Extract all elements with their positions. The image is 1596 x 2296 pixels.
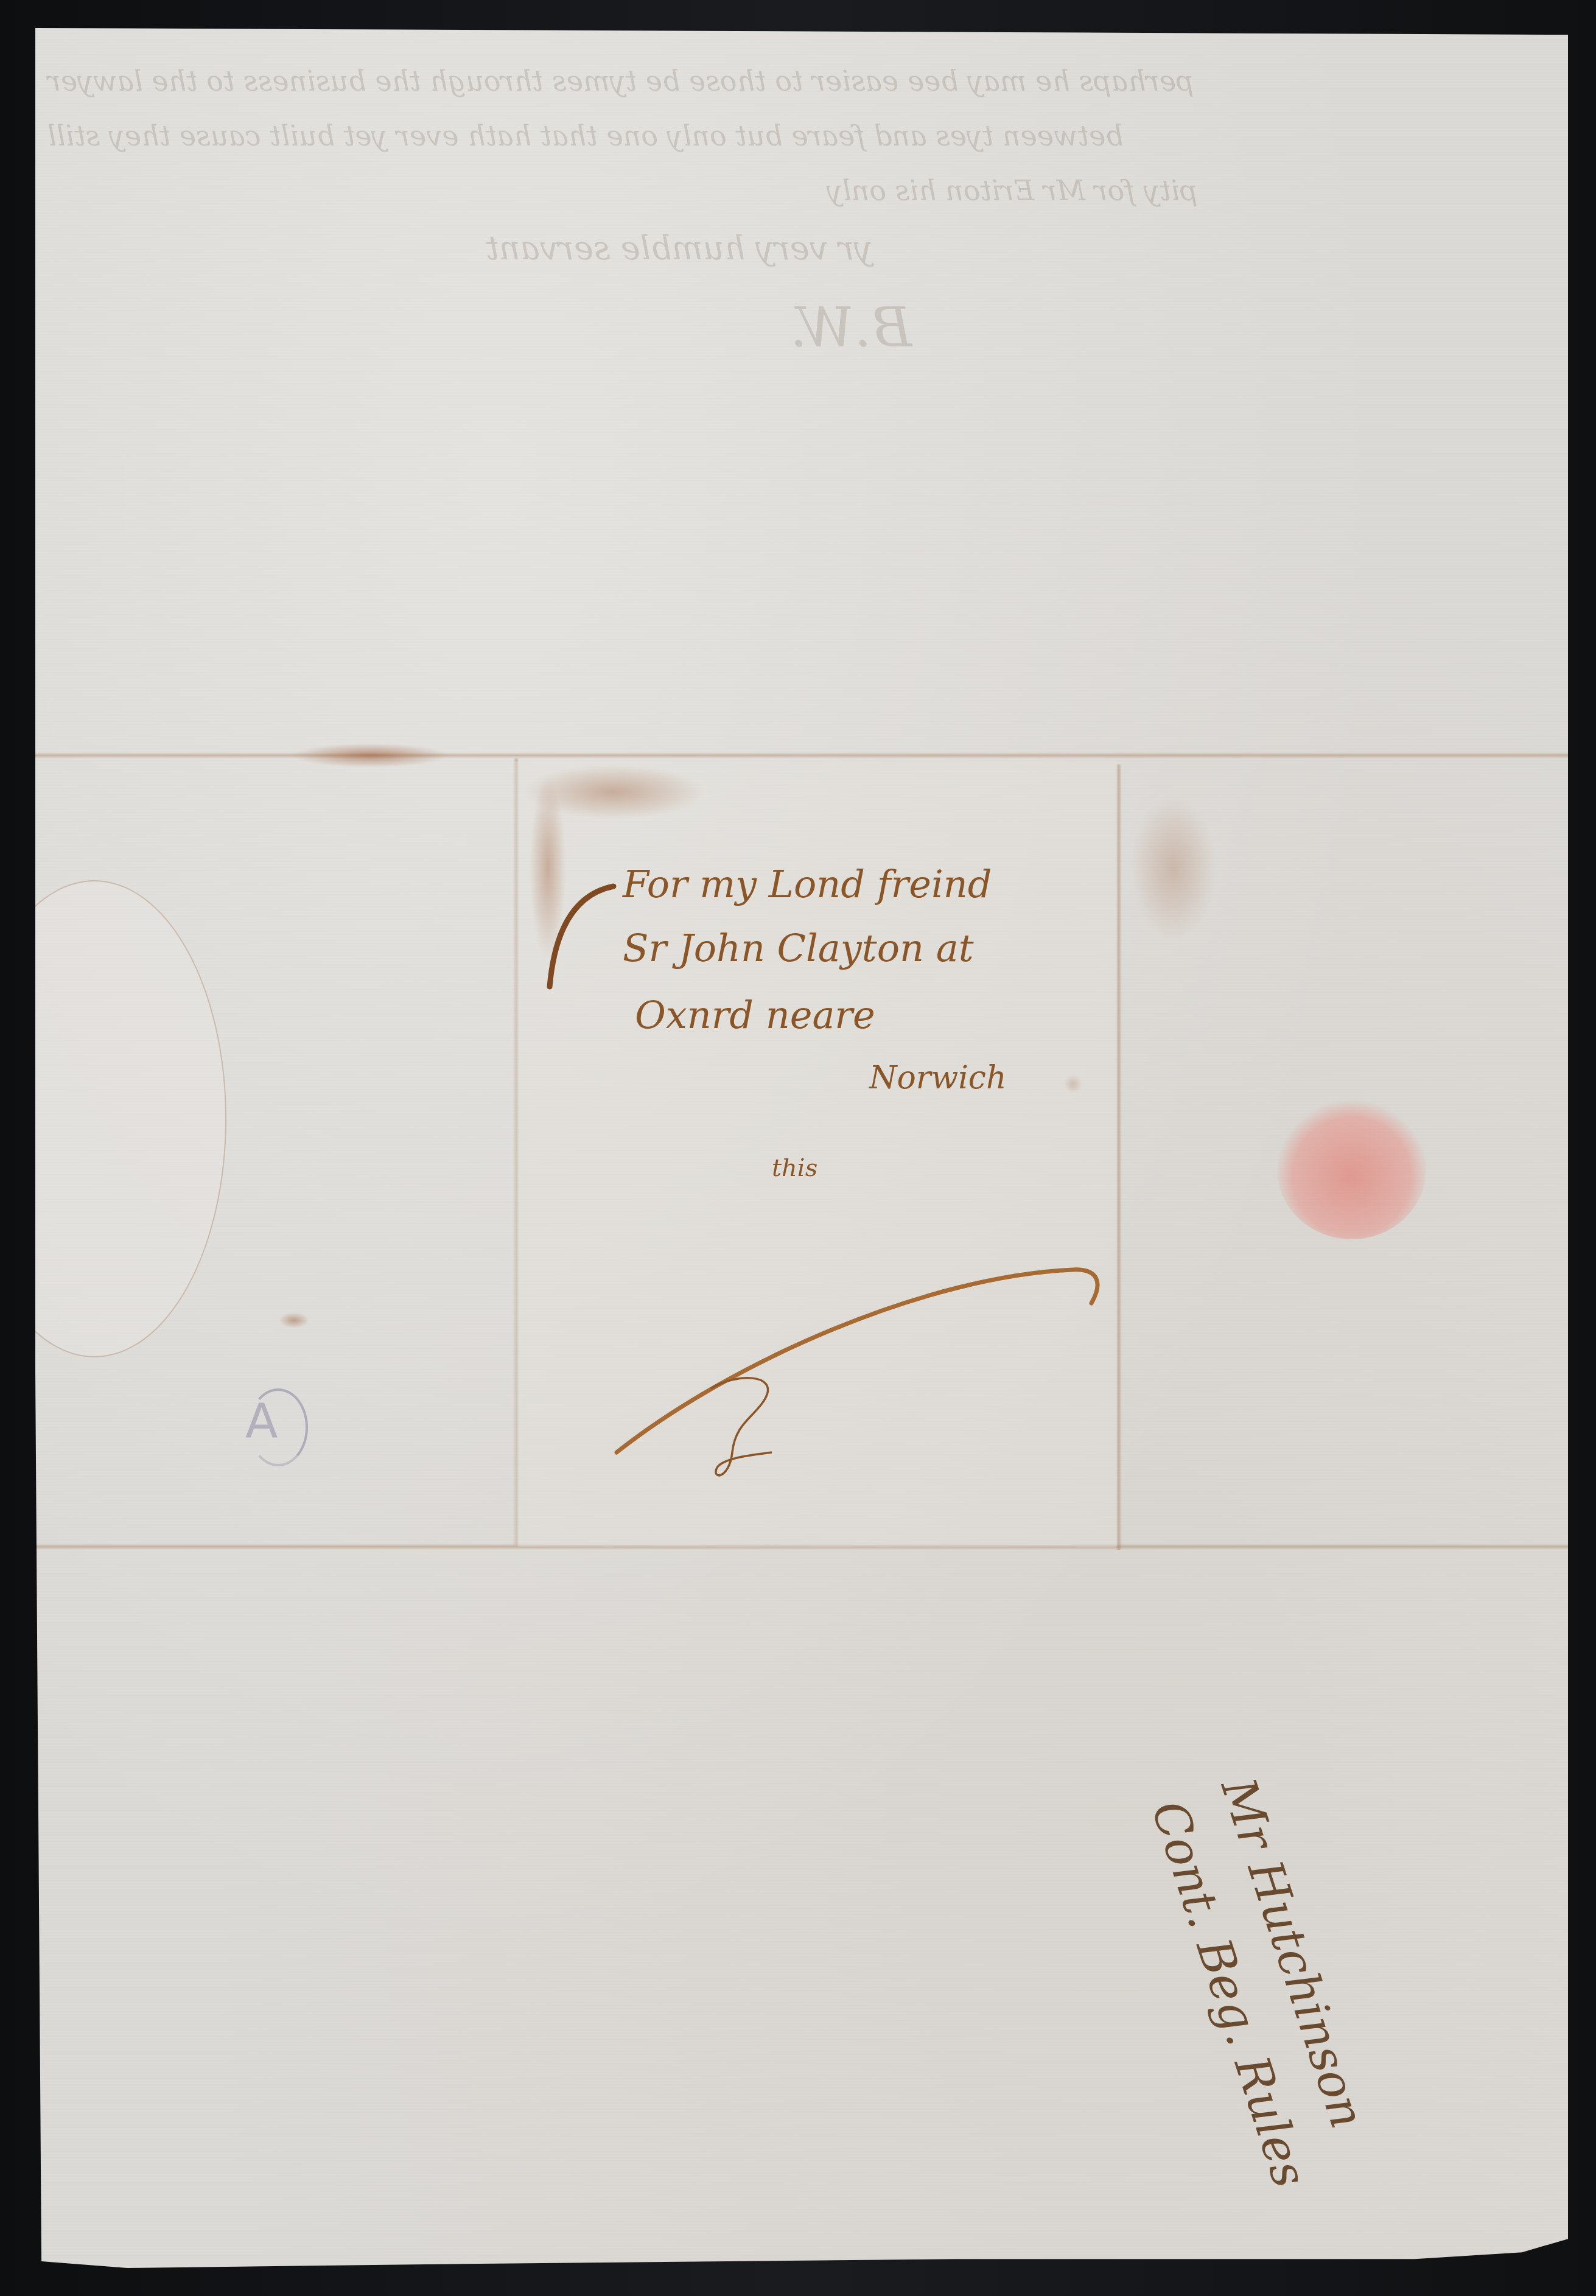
docket-annotation: Mr Hutchinson Cont. Beg. Rules xyxy=(1132,1769,1395,2197)
bleed-through-line-1: perhaps he may bee easier to those be ty… xyxy=(47,65,1194,97)
rust-stain-right-fold xyxy=(1131,795,1216,941)
ink-spot xyxy=(1064,1075,1082,1093)
address-line-3: Oxnrd neare xyxy=(635,993,875,1037)
fold-line-top xyxy=(35,752,1568,758)
red-seal-residue xyxy=(1277,1099,1426,1239)
rust-stain-top-left xyxy=(291,743,449,768)
postal-mark-p-icon xyxy=(705,1373,784,1483)
bleed-through-closing: yr very humble servant xyxy=(486,229,873,267)
address-direction: this xyxy=(772,1154,817,1182)
address-line-4: Norwich xyxy=(869,1060,1006,1096)
address-flourish-icon xyxy=(547,880,620,990)
address-line-2: Sr John Clayton at xyxy=(623,926,974,970)
address-line-1: For my Lond freind xyxy=(623,862,992,906)
bleed-through-signature: B.W. xyxy=(790,296,912,360)
closing-flourish-icon xyxy=(611,1221,1134,1465)
stamp-letter: A xyxy=(245,1395,278,1449)
letter-sheet: perhaps he may bee easier to those be ty… xyxy=(35,28,1568,2268)
bleed-through-line-3: pity for Mr Eriton his only xyxy=(827,174,1198,207)
bleed-through-line-2: between tyes and feare but only one that… xyxy=(47,119,1124,152)
ink-spot xyxy=(279,1312,309,1328)
